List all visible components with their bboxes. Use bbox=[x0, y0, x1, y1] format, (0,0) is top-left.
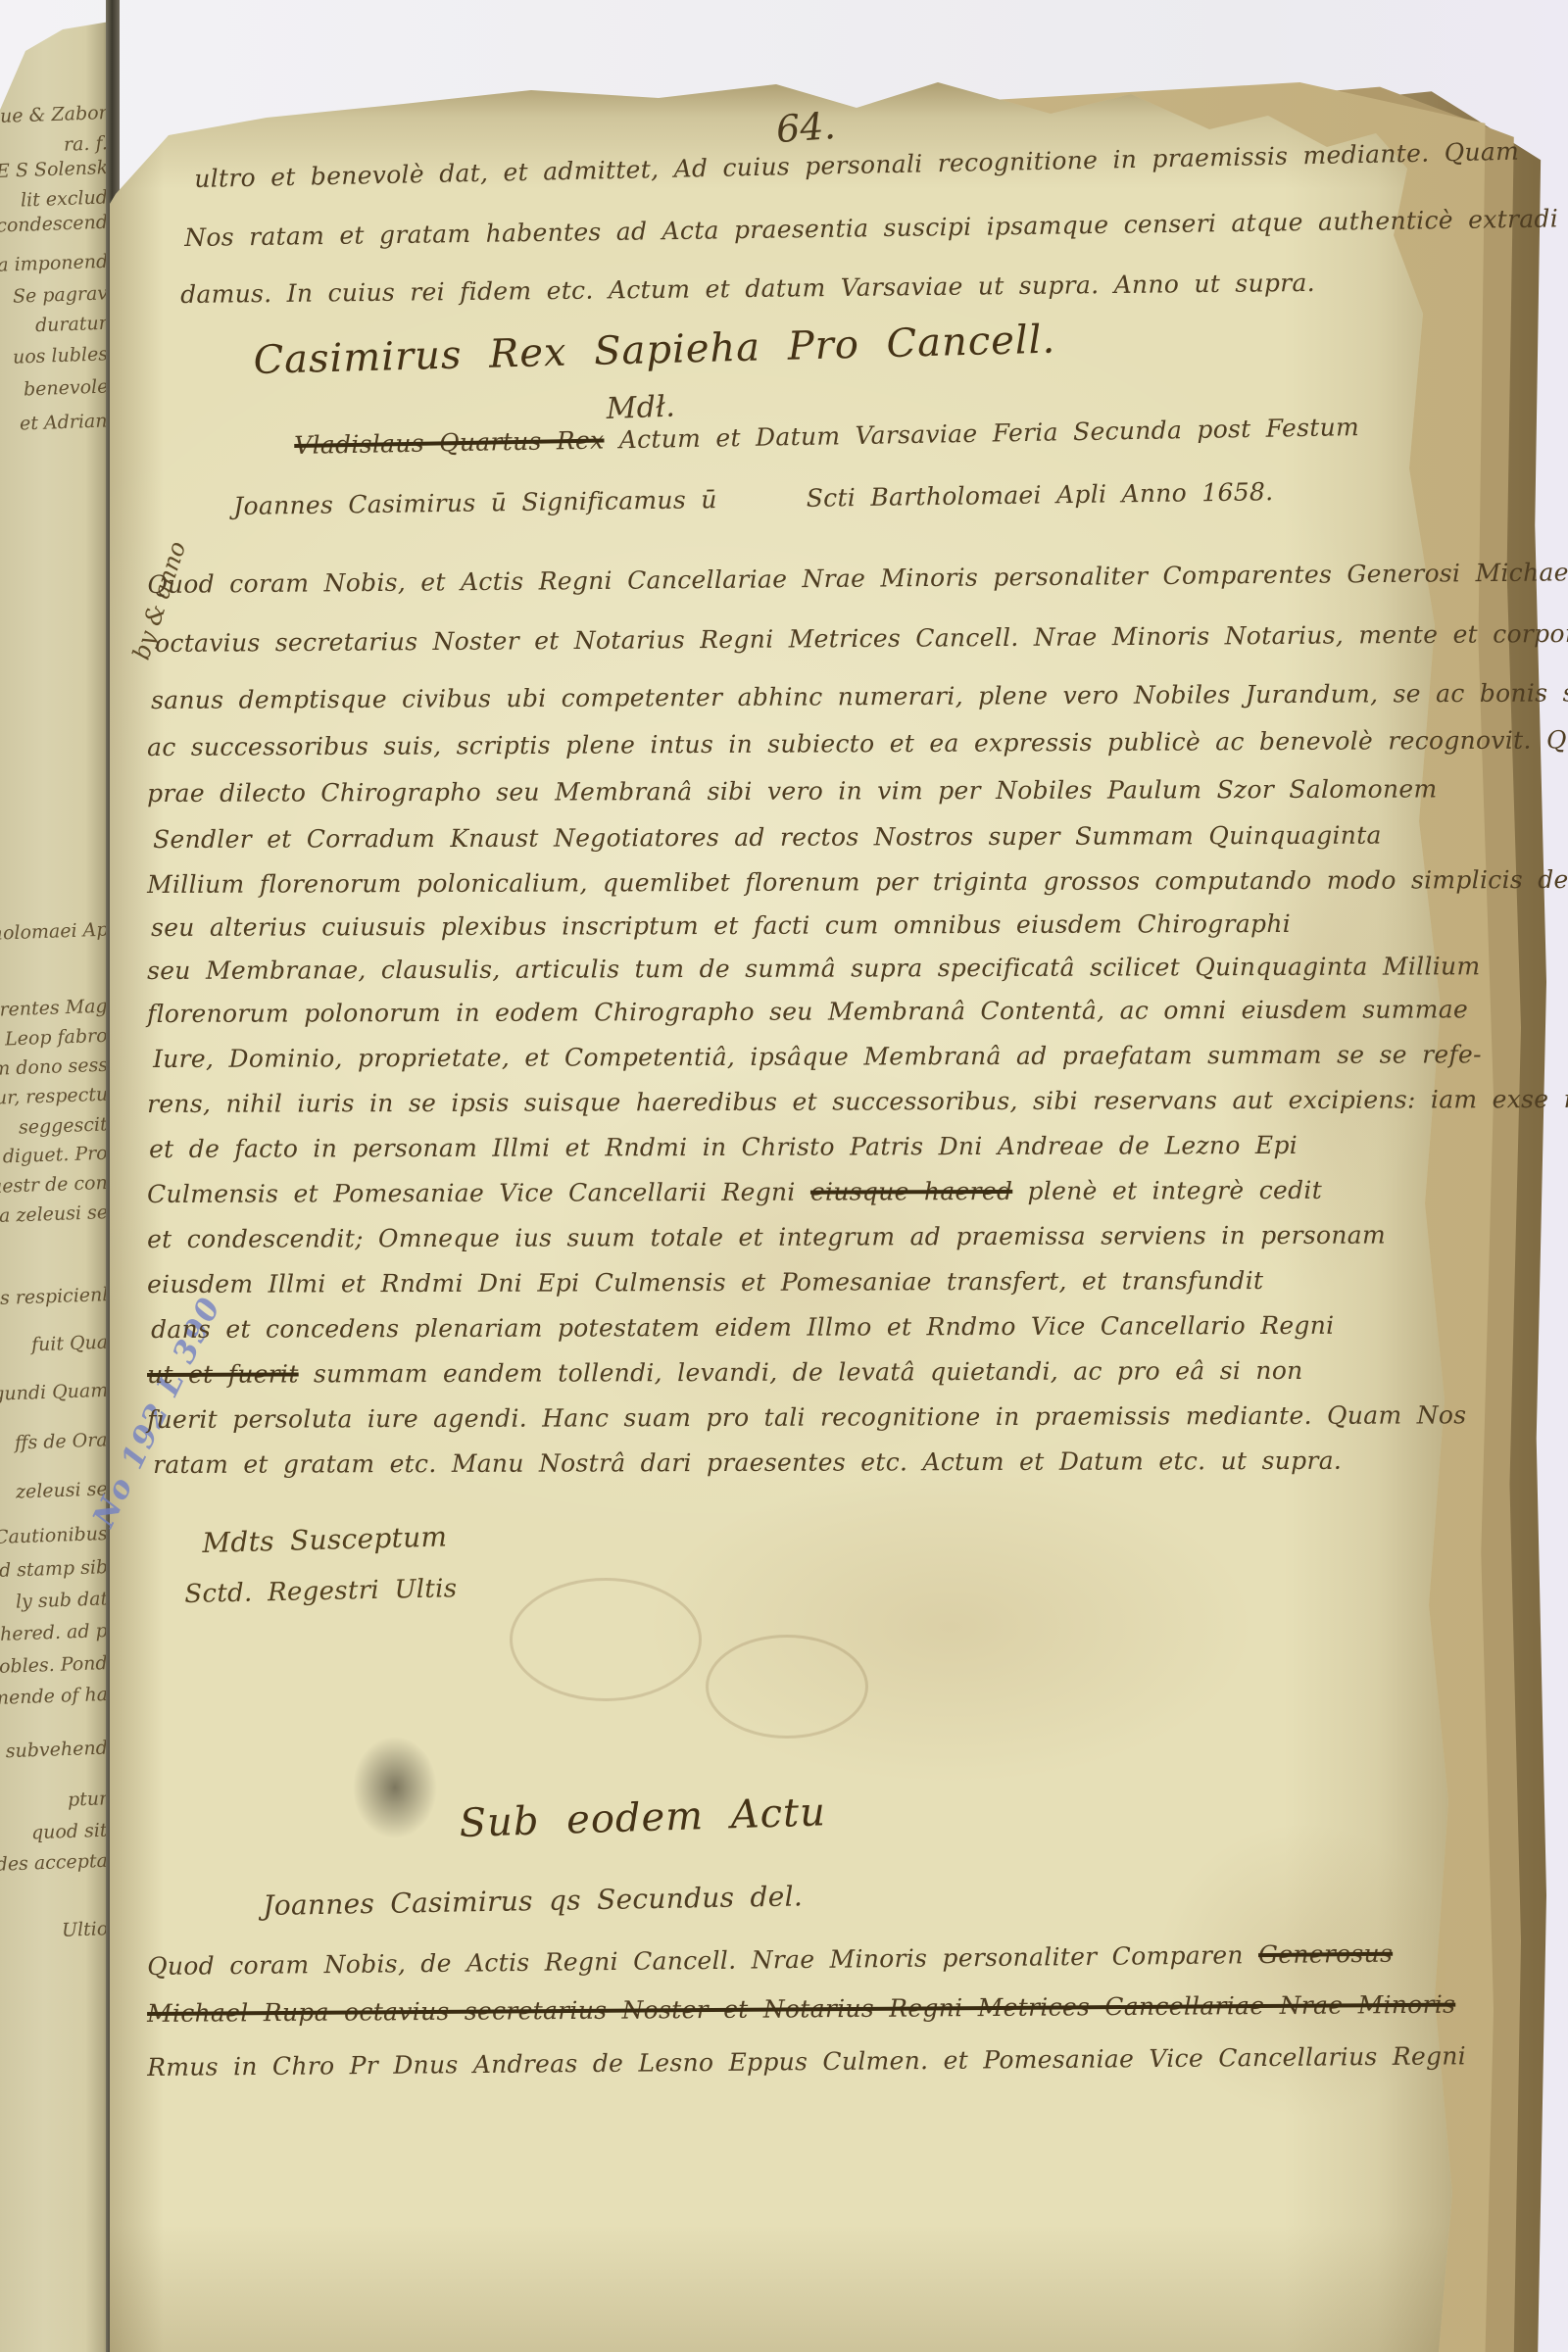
crossed-out-text: ut et fuerit bbox=[147, 1359, 299, 1389]
margin-fragment: a zeleusi se bbox=[0, 1201, 108, 1227]
manuscript-text: Actum et Datum Varsaviae Feria Secunda p… bbox=[604, 413, 1359, 454]
manuscript-text: octavius secretarius Noster et Notarius … bbox=[155, 619, 1568, 658]
manuscript-text: rens, nihil iuris in se ipsis suisque ha… bbox=[147, 1085, 1568, 1118]
manuscript-line: dans et concedens plenariam potestatem e… bbox=[151, 1311, 1334, 1344]
manuscript-text: fuerit persoluta iure agendi. Hanc suam … bbox=[147, 1400, 1466, 1434]
manuscript-text: damus. In cuius rei fidem etc. Actum et … bbox=[180, 269, 1315, 309]
manuscript-line: Millium florenorum polonicalium, quemlib… bbox=[147, 865, 1568, 899]
manuscript-text: dans et concedens plenariam potestatem e… bbox=[151, 1311, 1334, 1344]
manuscript-text: Quod coram Nobis, de Actis Regni Cancell… bbox=[147, 1940, 1258, 1981]
manuscript-line: rens, nihil iuris in se ipsis suisque ha… bbox=[147, 1085, 1568, 1118]
manuscript-text: prae dilecto Chirographo seu Membranâ si… bbox=[147, 774, 1437, 808]
manuscript-line: Rmus in Chro Pr Dnus Andreas de Lesno Ep… bbox=[147, 2041, 1466, 2082]
manuscript-line: Joannes Casimirus ū Significamus ū Scti … bbox=[233, 477, 1274, 520]
margin-fragment: lit exclud bbox=[21, 186, 109, 211]
manuscript-text: seu alterius cuiusuis plexibus inscriptu… bbox=[151, 909, 1291, 942]
margin-fragment: uestr de con bbox=[0, 1172, 108, 1198]
manuscript-line: Quod coram Nobis, de Actis Regni Cancell… bbox=[147, 1939, 1393, 1981]
manuscript-line: Mdts Susceptum bbox=[202, 1520, 448, 1559]
manuscript-line: Iure, Dominio, proprietate, et Competent… bbox=[153, 1040, 1482, 1073]
manuscript-text: et condescendit; Omneque ius suum totale… bbox=[147, 1221, 1386, 1253]
manuscript-line: fuerit persoluta iure agendi. Hanc suam … bbox=[147, 1400, 1466, 1434]
manuscript-text: Mdts Susceptum bbox=[202, 1520, 448, 1559]
margin-fragment: ue & Zabor bbox=[0, 102, 108, 127]
manuscript-line: octavius secretarius Noster et Notarius … bbox=[155, 619, 1568, 658]
margin-fragment: Se pagrav bbox=[13, 282, 109, 307]
margin-fragment: ra. f. bbox=[64, 132, 109, 156]
crossed-out-text: Vladislaus Quartus Rex bbox=[294, 425, 605, 460]
manuscript-text: ratam et gratam etc. Manu Nostrâ dari pr… bbox=[153, 1446, 1342, 1479]
manuscript-line: et condescendit; Omneque ius suum totale… bbox=[147, 1221, 1386, 1253]
manuscript-text: ultro et benevolè dat, et admittet, Ad c… bbox=[194, 137, 1519, 193]
manuscript-text: sanus demptisque civibus ubi competenter… bbox=[151, 677, 1568, 714]
margin-fragment: In diguet. Pro bbox=[0, 1143, 108, 1169]
margin-fragment: mende of ha bbox=[0, 1684, 108, 1709]
manuscript-line: Sctd. Regestri Ultis bbox=[184, 1574, 458, 1609]
margin-fragment: uos lubles bbox=[13, 343, 109, 367]
margin-fragment: S Leop fabro bbox=[0, 1025, 108, 1051]
manuscript-scan: ue & Zaborra. f.E S Solensklit excludd c… bbox=[0, 0, 1568, 2352]
margin-fragment: d stamp sib bbox=[0, 1556, 108, 1582]
manuscript-text: summam eandem tollendi, levandi, de leva… bbox=[299, 1356, 1303, 1389]
manuscript-text: plenè et integrè cedit bbox=[1012, 1176, 1322, 1205]
manuscript-text: florenorum polonorum in eodem Chirograph… bbox=[147, 995, 1468, 1028]
manuscript-line: Michael Rupa octavius secretarius Noster… bbox=[147, 1990, 1455, 2028]
manuscript-text: Joannes Casimirus ū Significamus ū Scti … bbox=[233, 477, 1274, 520]
manuscript-text: Rmus in Chro Pr Dnus Andreas de Lesno Ep… bbox=[147, 2041, 1466, 2082]
manuscript-line: ultro et benevolè dat, et admittet, Ad c… bbox=[194, 137, 1519, 193]
margin-fragment: um dono sess bbox=[0, 1054, 108, 1081]
manuscript-line: Quod coram Nobis, et Actis Regni Cancell… bbox=[147, 558, 1568, 599]
section-heading: Casimirus Rex Sapieha Pro Cancell. bbox=[253, 318, 1056, 383]
margin-fragment: obles. Pond bbox=[0, 1652, 108, 1678]
manuscript-line: Culmensis et Pomesaniae Vice Cancellarii… bbox=[147, 1176, 1322, 1208]
manuscript-line: Mdł. bbox=[606, 390, 676, 426]
margin-fragment: ptur bbox=[68, 1788, 109, 1810]
margin-fragment: d condescend bbox=[0, 212, 108, 238]
manuscript-text: Sub eodem Actu bbox=[459, 1789, 827, 1846]
manuscript-text: eiusdem Illmi et Rndmi Dni Epi Culmensis… bbox=[147, 1266, 1263, 1298]
margin-fragment: fides accepta bbox=[0, 1850, 108, 1876]
margin-fragment: ugundi Quam bbox=[0, 1380, 108, 1406]
manuscript-text: Nos ratam et gratam habentes ad Acta pra… bbox=[184, 203, 1568, 252]
manuscript-text: Iure, Dominio, proprietate, et Competent… bbox=[153, 1040, 1482, 1073]
manuscript-text: Millium florenorum polonicalium, quemlib… bbox=[147, 865, 1568, 899]
manuscript-line: eiusdem Illmi et Rndmi Dni Epi Culmensis… bbox=[147, 1266, 1263, 1298]
margin-fragment: quod sit bbox=[31, 1820, 108, 1844]
margin-fragment: rtholomaei Ap bbox=[0, 919, 108, 946]
manuscript-line: ut et fuerit summam eandem tollendi, lev… bbox=[147, 1356, 1303, 1389]
section-heading: Sub eodem Actu bbox=[459, 1789, 827, 1846]
manuscript-line: seu alterius cuiusuis plexibus inscriptu… bbox=[151, 909, 1291, 942]
previous-page-edge: ue & Zaborra. f.E S Solensklit excludd c… bbox=[0, 0, 110, 2352]
manuscript-line: sanus demptisque civibus ubi competenter… bbox=[151, 677, 1568, 714]
manuscript-line: damus. In cuius rei fidem etc. Actum et … bbox=[180, 269, 1315, 309]
margin-fragment: E S Solensk bbox=[0, 157, 108, 182]
manuscript-text: et de facto in personam Illmi et Rndmi i… bbox=[149, 1131, 1298, 1163]
manuscript-line: seu Membranae, clausulis, articulis tum … bbox=[147, 952, 1480, 985]
manuscript-line: ac successoribus suis, scriptis plene in… bbox=[147, 725, 1568, 761]
manuscript-line: florenorum polonorum in eodem Chirograph… bbox=[147, 995, 1468, 1028]
manuscript-line: Sendler et Corradum Knaust Negotiatores … bbox=[153, 821, 1382, 854]
margin-fragment: duratur bbox=[35, 313, 108, 337]
margin-fragment: et Adrian bbox=[20, 410, 108, 434]
margin-fragment: ffs de Ora bbox=[15, 1429, 108, 1453]
margin-fragment: Nd subvehend bbox=[0, 1738, 108, 1764]
margin-fragment: s respicienl bbox=[0, 1284, 108, 1309]
margin-fragment: ly sub dat bbox=[15, 1588, 108, 1612]
margin-fragment: benevole bbox=[23, 375, 108, 400]
crossed-out-text: eiusque haered bbox=[810, 1177, 1012, 1206]
manuscript-text-layer: ultro et benevolè dat, et admittet, Ad c… bbox=[147, 0, 1480, 2352]
manuscript-line: et de facto in personam Illmi et Rndmi i… bbox=[149, 1131, 1298, 1163]
margin-fragment: ua imponend bbox=[0, 251, 108, 276]
manuscript-text: Culmensis et Pomesaniae Vice Cancellarii… bbox=[147, 1178, 810, 1208]
manuscript-line: Nos ratam et gratam habentes ad Acta pra… bbox=[184, 203, 1568, 252]
manuscript-line: prae dilecto Chirographo seu Membranâ si… bbox=[147, 774, 1437, 808]
crossed-out-text: Michael Rupa octavius secretarius Noster… bbox=[147, 1990, 1455, 2028]
margin-fragment: ntur, respectu bbox=[0, 1084, 108, 1110]
manuscript-text: Joannes Casimirus qs Secundus del. bbox=[263, 1880, 803, 1922]
manuscript-text: Sctd. Regestri Ultis bbox=[184, 1574, 458, 1609]
manuscript-text: ac successoribus suis, scriptis plene in… bbox=[147, 725, 1568, 761]
margin-fragment: seggescit bbox=[19, 1113, 108, 1138]
manuscript-text: Mdł. bbox=[606, 390, 676, 426]
manuscript-text: Sendler et Corradum Knaust Negotiatores … bbox=[153, 821, 1382, 854]
margin-fragment: parentes Mag bbox=[0, 996, 108, 1022]
manuscript-line: Joannes Casimirus qs Secundus del. bbox=[263, 1880, 803, 1922]
manuscript-text: Quod coram Nobis, et Actis Regni Cancell… bbox=[147, 558, 1568, 599]
manuscript-text: Casimirus Rex Sapieha Pro Cancell. bbox=[253, 318, 1056, 383]
manuscript-line: ratam et gratam etc. Manu Nostrâ dari pr… bbox=[153, 1446, 1342, 1479]
crossed-out-text: Generosus bbox=[1258, 1939, 1393, 1969]
margin-fragment: hered. ad p bbox=[0, 1620, 108, 1645]
manuscript-line: Vladislaus Quartus Rex Actum et Datum Va… bbox=[294, 413, 1359, 460]
margin-fragment: fuit Qua bbox=[30, 1332, 108, 1356]
margin-fragment: Ultio bbox=[61, 1918, 108, 1941]
manuscript-text: seu Membranae, clausulis, articulis tum … bbox=[147, 952, 1480, 985]
margin-fragment: Cautionibus bbox=[0, 1523, 108, 1548]
